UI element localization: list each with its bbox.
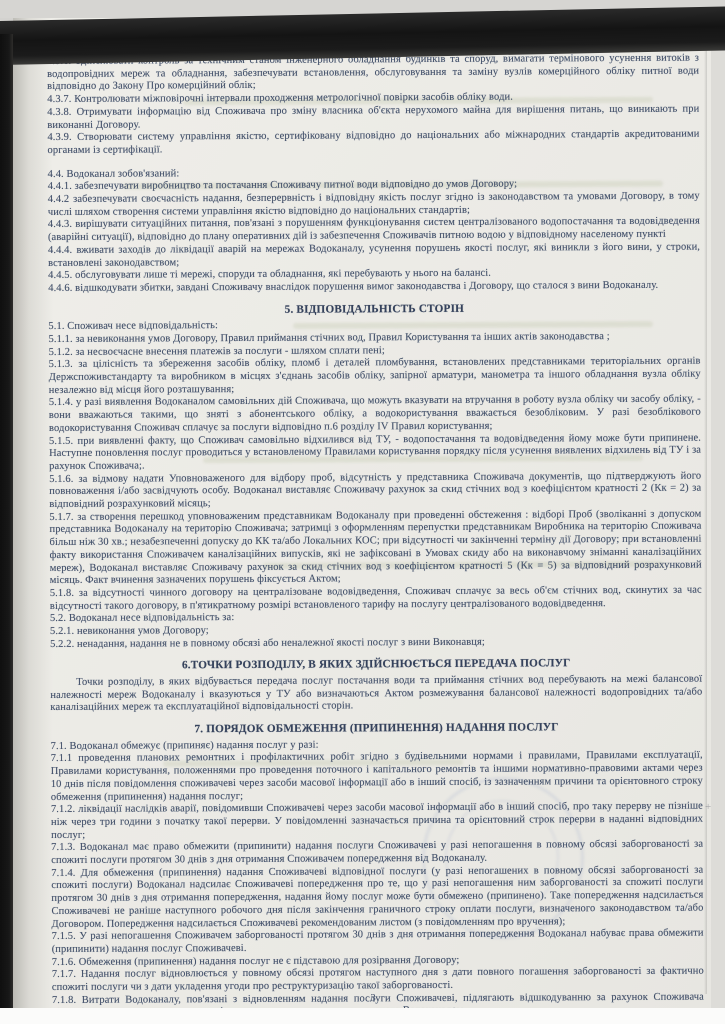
section-heading: 7. ПОРЯДОК ОБМЕЖЕННЯ (ПРИПИНЕННЯ) НАДАНН…: [50, 721, 702, 738]
paragraph: 7.1.7. Надання послуг відновлюється у по…: [52, 966, 704, 995]
paper: + 4.3.6. Здійснювати контроль за технічн…: [13, 14, 713, 1008]
paragraph: 5.1.4. у разі виявлення Водоканалом само…: [49, 394, 701, 436]
paragraph: 5.2.2. ненадання, надання не в повному о…: [50, 635, 702, 651]
paragraph: 7.1.5. У разі непогашення Споживачем заб…: [52, 928, 704, 957]
paragraph: 7.1.1 проведення планових ремонтних і пр…: [51, 750, 703, 804]
paragraph: 4.3.8. Отримувати інформацію від Спожива…: [47, 103, 699, 132]
page-number: 3: [47, 992, 699, 1004]
paragraph: 4.4.4. вживати заходів до ліквідації ава…: [48, 241, 700, 270]
page-edge-line-right: [704, 44, 707, 994]
paragraph: 4.4.6. відшкодувати збитки, завдані Спож…: [48, 280, 700, 296]
paragraph: 5.1.5. при виявленні факту, що Споживач …: [49, 432, 701, 474]
paragraph: 7.1.3. Водоканал має право обмежити (при…: [51, 839, 703, 868]
paragraph: 7.1.4. Для обмеження (припинення) наданн…: [51, 864, 703, 931]
paragraph: 5.1.6. за відмову надати Уповноваженого …: [49, 470, 701, 512]
scanner-background-right: [711, 18, 725, 1008]
scanner-background-bottom: [0, 1008, 725, 1024]
paragraph: 5.1.8. за відсутності чинного договору н…: [50, 585, 702, 614]
section-heading: 6.ТОЧКИ РОЗПОДІЛУ, В ЯКИХ ЗДІЙСНЮЄТЬСЯ П…: [50, 657, 702, 674]
paragraph: 4.4.3. вирішувати ситуаційних питання, п…: [48, 216, 700, 245]
document-body: 4.3.6. Здійснювати контроль за технічним…: [47, 53, 704, 1021]
section-heading: 5. ВІДПОВІДАЛЬНІСТЬ СТОРІН: [48, 301, 700, 318]
paragraph: 4.3.9. Створювати систему управління які…: [47, 129, 699, 158]
page-edge-shadow-left: [0, 34, 13, 1010]
paragraph: 5.1.7. за створення перешкод уповноважен…: [49, 508, 701, 588]
paragraph: 7.1.2. ліквідації наслідків аварії, пові…: [51, 801, 703, 843]
paragraph: Точки розподілу, в яких відбувається пер…: [50, 674, 702, 716]
paragraph: 5.1.3. за цілісність та збереження засоб…: [49, 356, 701, 398]
